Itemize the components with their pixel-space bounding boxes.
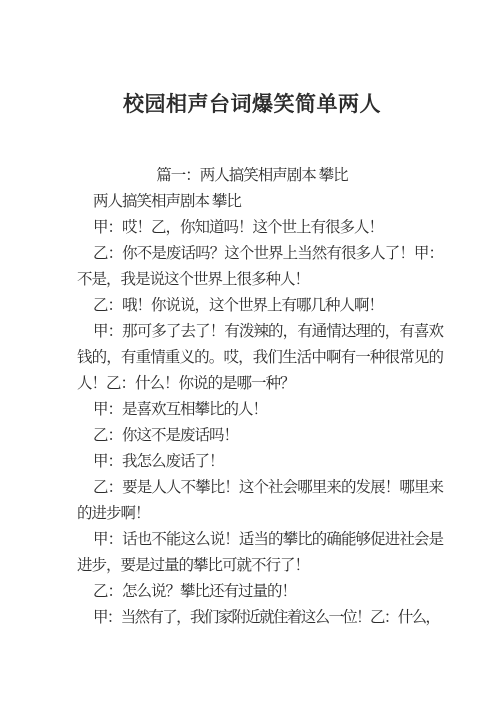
dialogue-paragraph: 甲：哎！乙，你知道吗！这个世上有很多人！ (77, 215, 443, 241)
dialogue-paragraph-list: 两人搞笑相声剧本 攀比甲：哎！乙，你知道吗！这个世上有很多人！乙：你不是废话吗？… (77, 189, 443, 631)
dialogue-paragraph: 乙：你这不是废话吗！ (77, 423, 443, 449)
document-page: 校园相声台词爆笑简单两人 篇一：两人搞笑相声剧本 攀比 两人搞笑相声剧本 攀比甲… (0, 0, 500, 707)
dialogue-paragraph: 乙：你不是废话吗？这个世界上当然有很多人了！甲：不是，我是说这个世界上很多种人！ (77, 241, 443, 293)
dialogue-paragraph: 甲：当然有了，我们家附近就住着这么一位！乙：什么， (77, 605, 443, 631)
section-heading: 篇一：两人搞笑相声剧本 攀比 (69, 163, 435, 189)
dialogue-paragraph: 两人搞笑相声剧本 攀比 (77, 189, 443, 215)
dialogue-paragraph: 乙：哦！你说说，这个世界上有哪几种人啊！ (77, 293, 443, 319)
dialogue-paragraph: 甲：是喜欢互相攀比的人！ (77, 397, 443, 423)
dialogue-paragraph: 乙：怎么说？攀比还有过量的！ (77, 579, 443, 605)
dialogue-paragraph: 甲：那可多了去了！有泼辣的，有通情达理的，有喜欢钱的，有重情重义的。哎，我们生活… (77, 319, 443, 397)
document-title: 校园相声台词爆笑简单两人 (69, 91, 435, 117)
dialogue-paragraph: 乙：要是人人不攀比！这个社会哪里来的发展！哪里来的进步啊！ (77, 475, 443, 527)
dialogue-paragraph: 甲：我怎么废话了！ (77, 449, 443, 475)
dialogue-paragraph: 甲：话也不能这么说！适当的攀比的确能够促进社会是进步，要是过量的攀比可就不行了！ (77, 527, 443, 579)
